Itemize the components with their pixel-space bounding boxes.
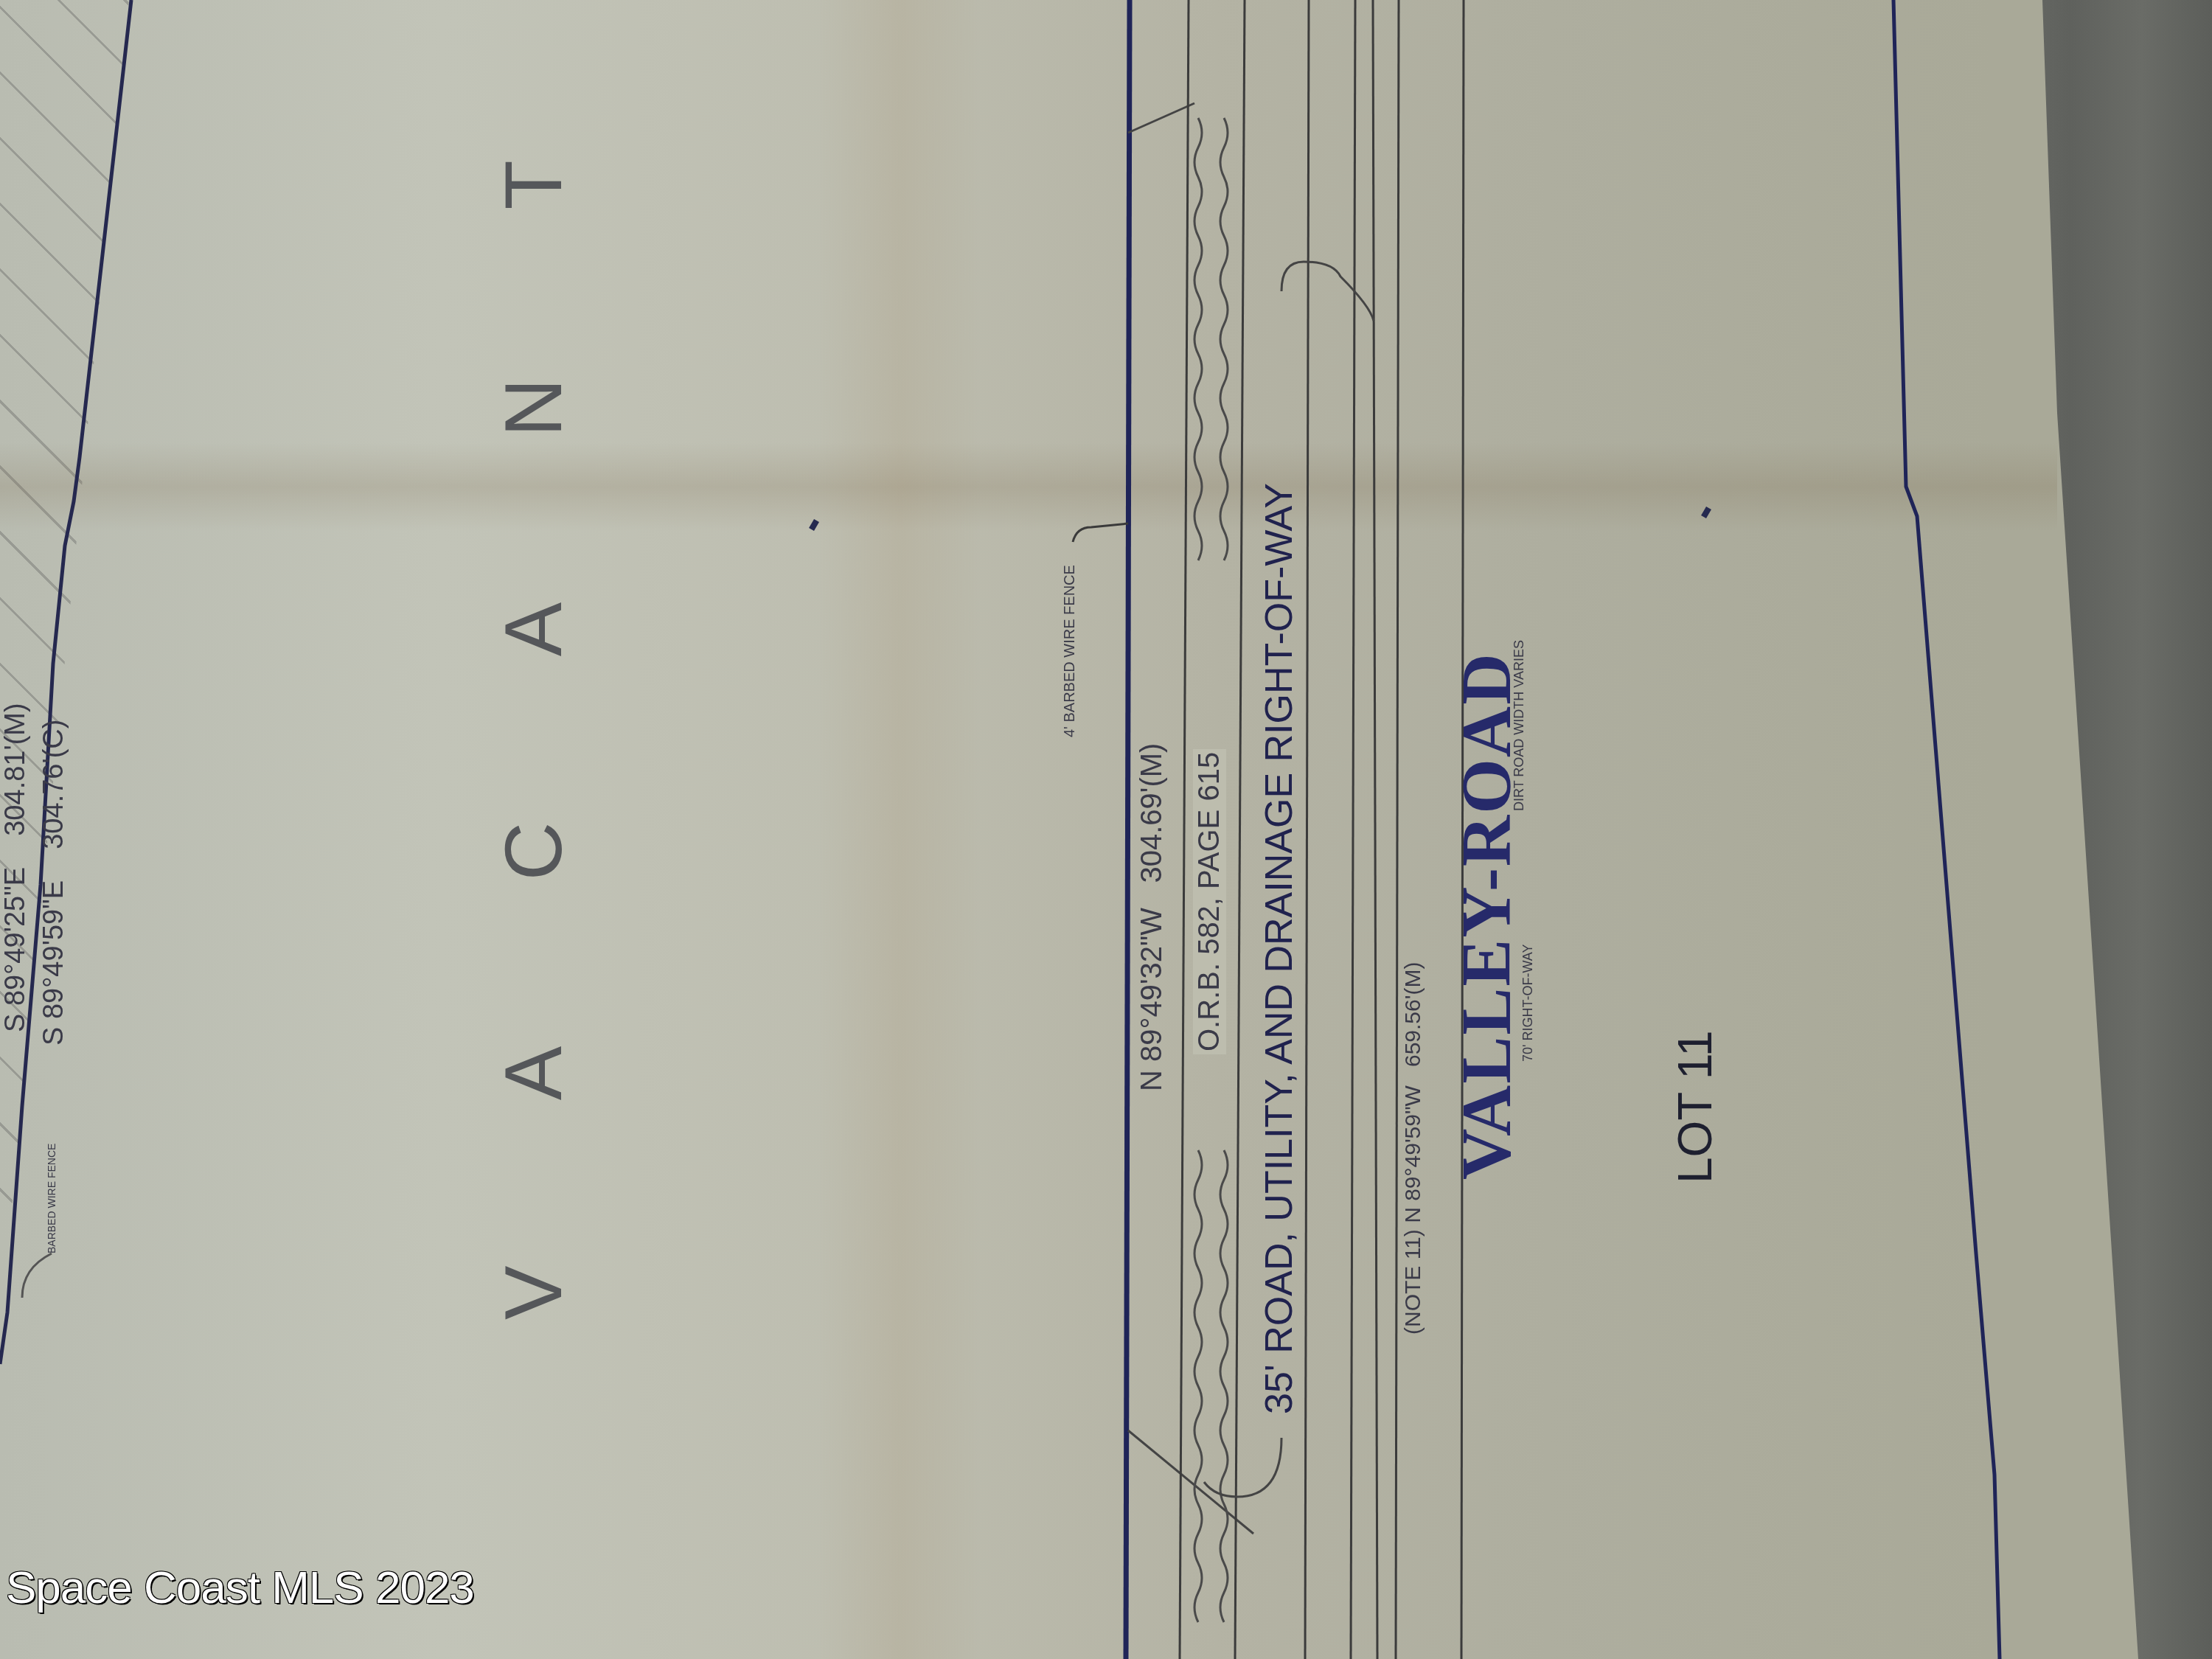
- bottom-boundary-line: [1126, 0, 1130, 1659]
- top-boundary-calculated: S 89°49'59"E 304.76'(C): [38, 720, 70, 1046]
- road-surface: DIRT ROAD WIDTH VARIES: [1512, 640, 1527, 811]
- bottom-boundary-bearing: N 89°49'32"W 304.69'(M): [1135, 743, 1169, 1091]
- right-of-way-label: 35' ROAD, UTILITY, AND DRAINAGE RIGHT-OF…: [1257, 483, 1301, 1414]
- top-boundary-line: [0, 0, 131, 1364]
- survey-linework: [0, 0, 2212, 1659]
- top-fence-note: BARBED WIRE FENCE: [46, 1144, 58, 1253]
- vacant-label: V A C A N T: [487, 86, 580, 1320]
- lot-boundary-line: [1893, 0, 2000, 1659]
- road-centerline: (NOTE 11) N 89°49'59"W 659.56'(M): [1401, 962, 1426, 1335]
- top-boundary-measured: S 89°49'25"E 304.81'(M): [0, 703, 32, 1032]
- record-reference: O.R.B. 582, PAGE 615: [1193, 749, 1226, 1054]
- road-row: 70' RIGHT-OF-WAY: [1520, 945, 1536, 1062]
- fence-label: 4' BARBED WIRE FENCE: [1062, 565, 1079, 737]
- mls-watermark: Space Coast MLS 2023: [6, 1562, 474, 1614]
- lot-label: LOT 11: [1668, 1030, 1722, 1183]
